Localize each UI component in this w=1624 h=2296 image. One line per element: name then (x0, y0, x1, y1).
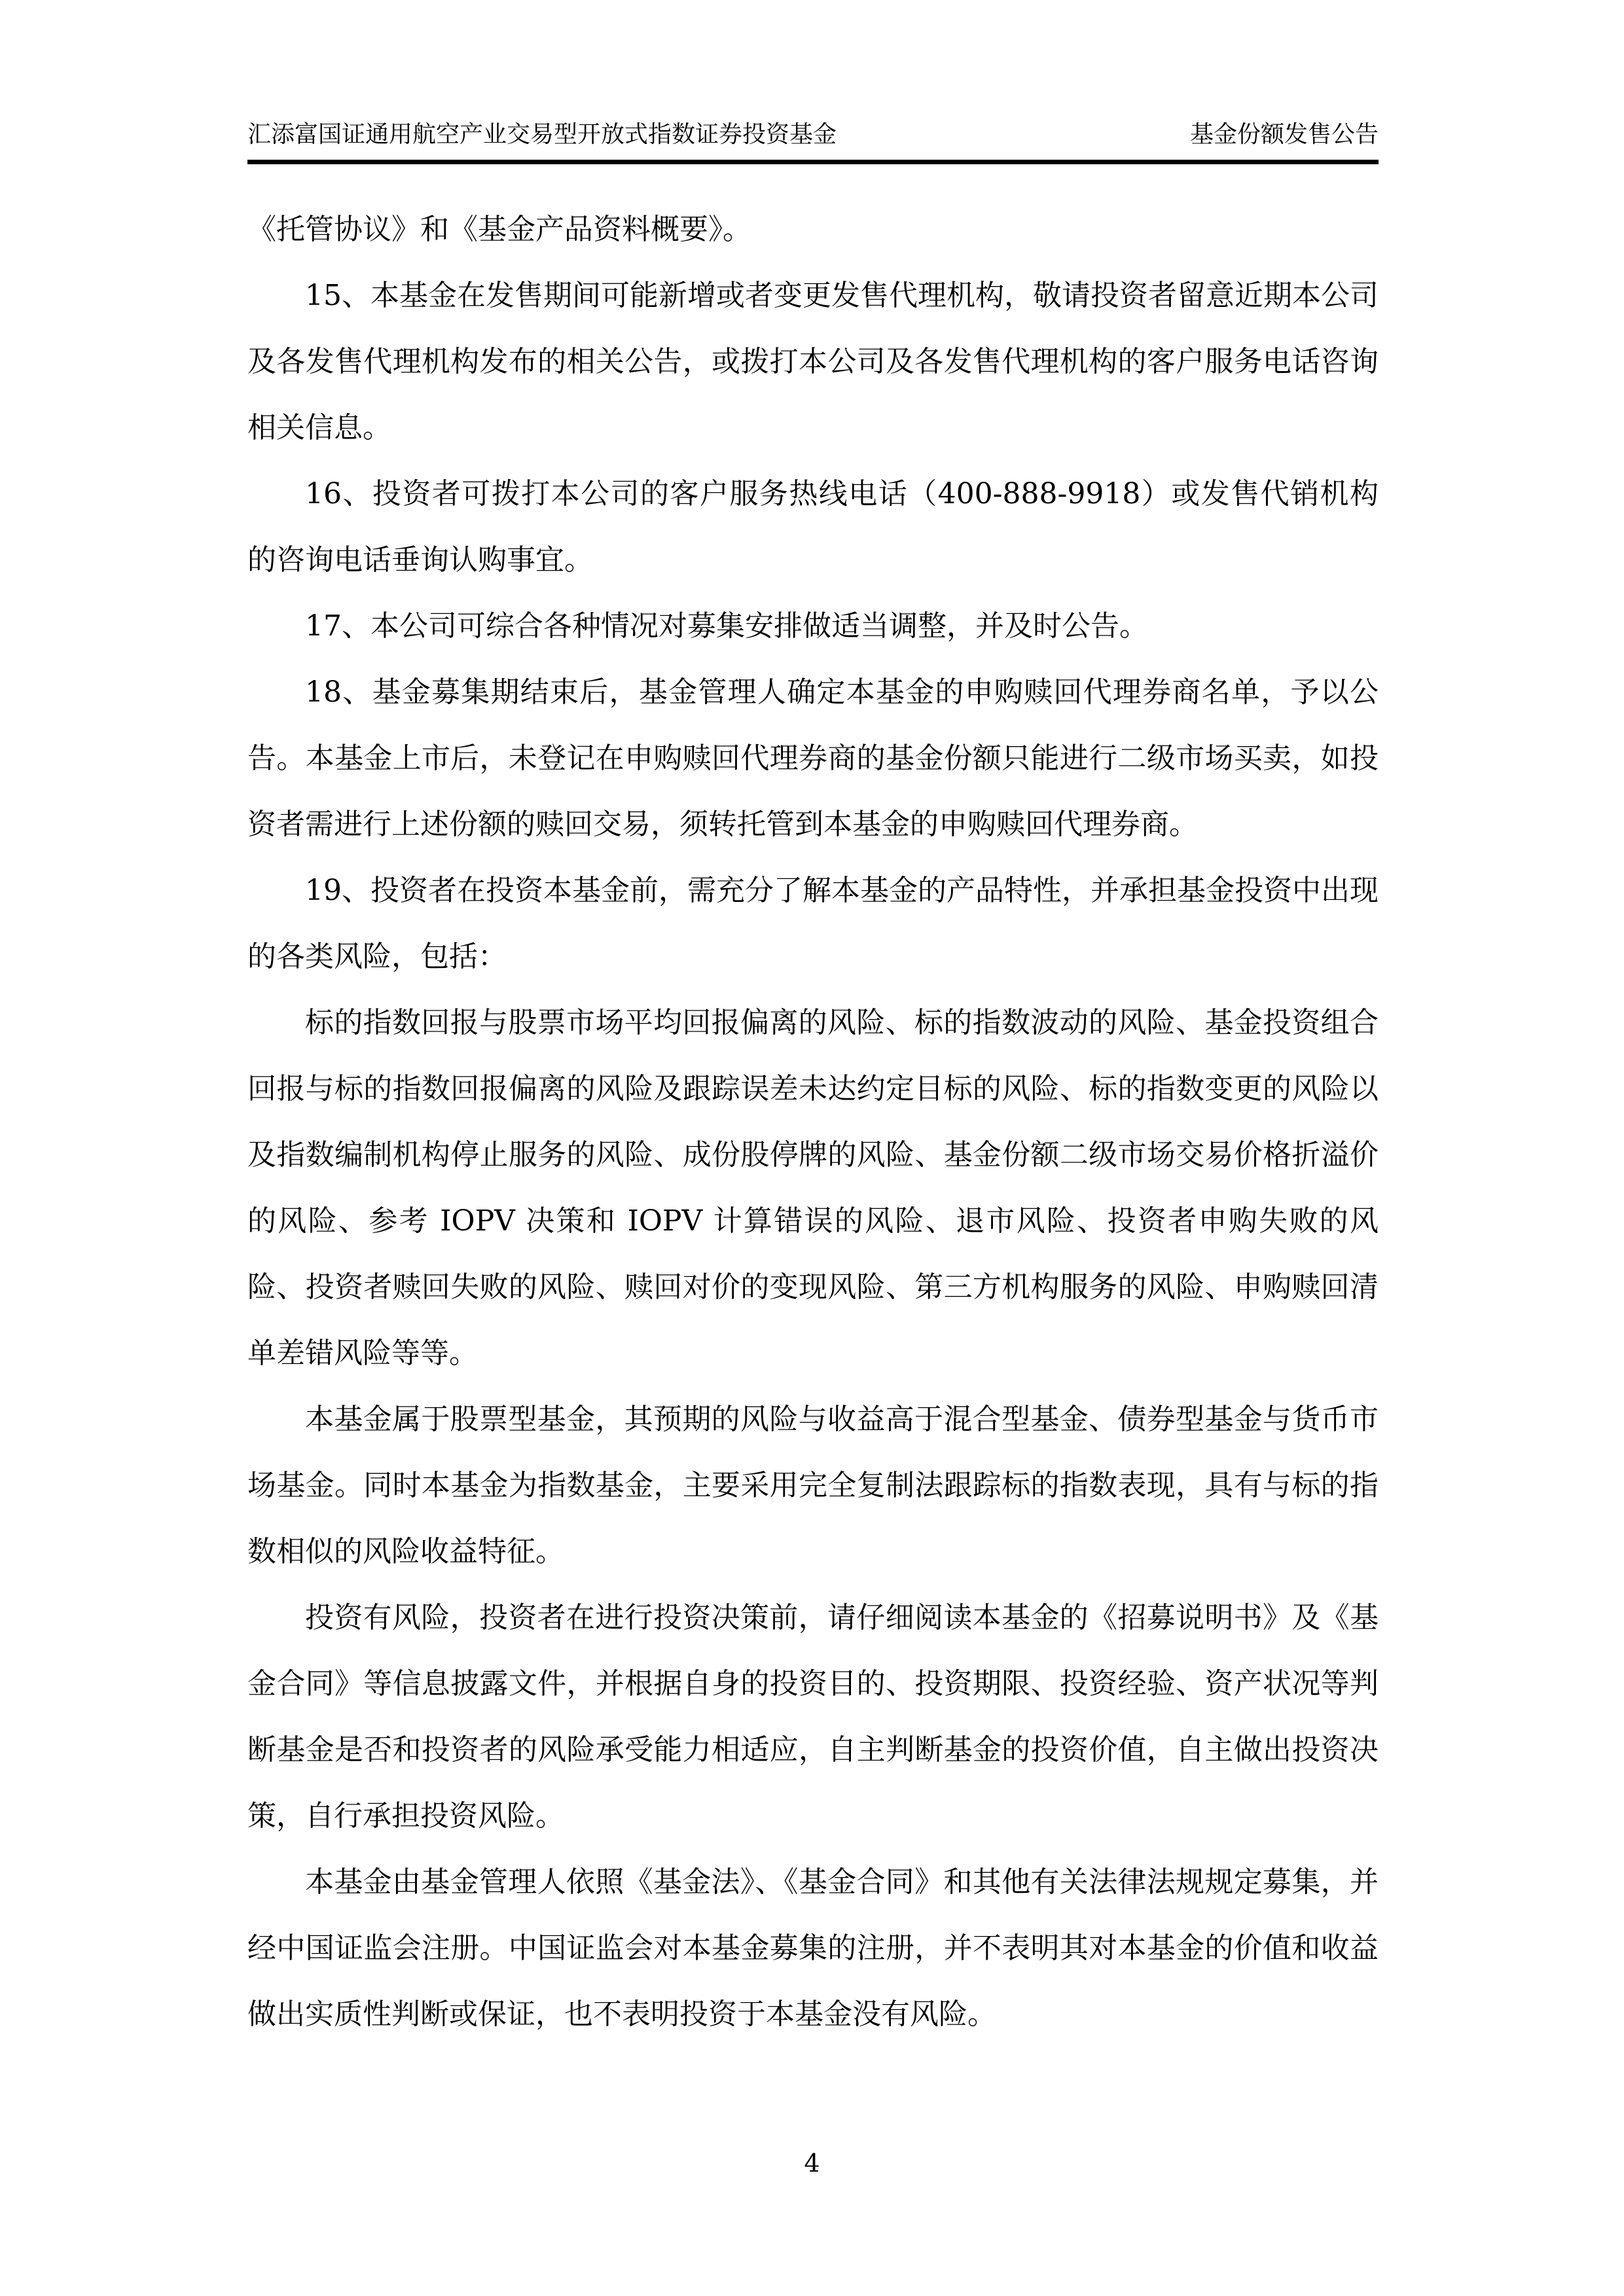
paragraph-item-17: 17、本公司可综合各种情况对募集安排做适当调整，并及时公告。 (247, 593, 1379, 659)
paragraph-continuation: 《托管协议》和《基金产品资料概要》。 (247, 196, 1379, 262)
paragraph-investment-risk: 投资有风险，投资者在进行投资决策前，请仔细阅读本基金的《招募说明书》及《基金合同… (247, 1585, 1379, 1849)
header-divider (247, 160, 1379, 164)
page-number: 4 (0, 2147, 1624, 2179)
paragraph-risk-list: 标的指数回报与股票市场平均回报偏离的风险、标的指数波动的风险、基金投资组合回报与… (247, 990, 1379, 1386)
header-document-type: 基金份额发售公告 (1190, 120, 1379, 149)
page-header: 汇添富国证通用航空产业交易型开放式指数证券投资基金 基金份额发售公告 (247, 110, 1379, 149)
paragraph-item-15: 15、本基金在发售期间可能新增或者变更发售代理机构，敬请投资者留意近期本公司及各… (247, 262, 1379, 461)
paragraph-item-19: 19、投资者在投资本基金前，需充分了解本基金的产品特性，并承担基金投资中出现的各… (247, 857, 1379, 990)
paragraph-item-16: 16、投资者可拨打本公司的客户服务热线电话（400-888-9918）或发售代销… (247, 461, 1379, 593)
paragraph-item-18: 18、基金募集期结束后，基金管理人确定本基金的申购赎回代理券商名单，予以公告。本… (247, 659, 1379, 857)
paragraph-fund-type: 本基金属于股票型基金，其预期的风险与收益高于混合型基金、债券型基金与货币市场基金… (247, 1386, 1379, 1585)
paragraph-registration: 本基金由基金管理人依照《基金法》、《基金合同》和其他有关法律法规规定募集，并经中… (247, 1849, 1379, 2047)
document-body: 《托管协议》和《基金产品资料概要》。 15、本基金在发售期间可能新增或者变更发售… (247, 196, 1379, 2047)
header-fund-name: 汇添富国证通用航空产业交易型开放式指数证券投资基金 (247, 120, 837, 149)
